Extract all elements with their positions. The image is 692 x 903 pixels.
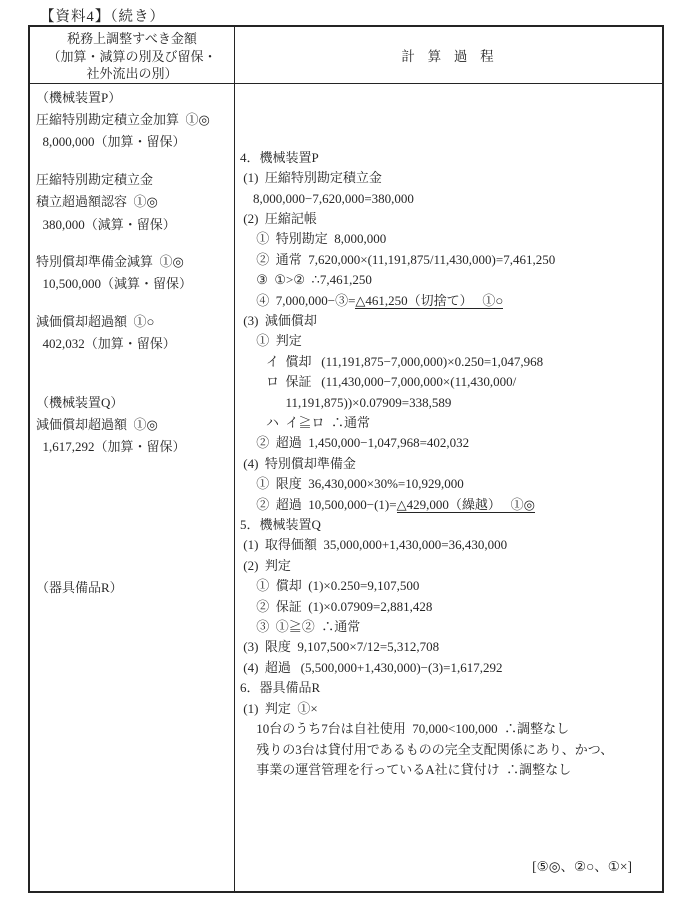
calc-line: (4) 超過 (5,500,000+1,430,000)−(3)=1,617,2… <box>240 658 660 678</box>
calc-line: ① 限度 36,430,000×30%=10,929,000 <box>240 474 660 494</box>
calc-line: 6．器具備品R <box>240 678 660 698</box>
calc-line: ② 通常 7,620,000×(11,191,875/11,430,000)=7… <box>240 250 660 270</box>
adjustment-line: 圧縮特別勘定積立金 <box>36 169 232 191</box>
calc-line: (3) 減価償却 <box>240 311 660 331</box>
adjustment-line: 380,000（減算・留保） <box>36 214 232 236</box>
calc-line: 残りの3台は貸付用であるものの完全支配関係にあり、かつ、 <box>240 740 660 760</box>
adjustment-group: 圧縮特別勘定積立金積立超過額認容 ①◎ 380,000（減算・留保） <box>36 169 232 236</box>
adjustment-line: 減価償却超過額 ①○ <box>36 311 232 333</box>
score-note: [⑤◎、②○、①×] <box>532 857 632 877</box>
adjustment-line: 減価償却超過額 ①◎ <box>36 414 232 436</box>
header-calculation-column: 計 算 過 程 <box>235 27 662 83</box>
table-header-row: 税務上調整すべき金額（加算・減算の別及び留保・社外流出の別） 計 算 過 程 <box>30 27 662 84</box>
header-line: （加算・減算の別及び留保・ <box>30 48 234 66</box>
calc-line: ③ ①>② ∴7,461,250 <box>240 270 660 290</box>
adjustment-line: （器具備品R） <box>36 577 232 599</box>
calc-line: ② 超過 1,450,000−1,047,968=402,032 <box>240 433 660 453</box>
adjustment-group: 特別償却準備金減算 ①◎ 10,500,000（減算・留保） <box>36 251 232 296</box>
calculation-header-label: 計 算 過 程 <box>401 45 495 65</box>
adjustment-line: 特別償却準備金減算 ①◎ <box>36 251 232 273</box>
adjustment-group: （機械装置P）圧縮特別勘定積立金加算 ①◎ 8,000,000（加算・留保） <box>36 87 232 154</box>
calc-line: (1) 取得価額 35,000,000+1,430,000=36,430,000 <box>240 535 660 555</box>
adjustment-line: 8,000,000（加算・留保） <box>36 131 232 153</box>
calc-line: (1) 判定 ①× <box>240 699 660 719</box>
adjustment-cell: （機械装置P）圧縮特別勘定積立金加算 ①◎ 8,000,000（加算・留保）圧縮… <box>30 84 235 892</box>
calc-line: (1) 圧縮特別勘定積立金 <box>240 168 660 188</box>
underlined-result: △461,250（切捨て） ①○ <box>355 293 503 309</box>
calc-line: ③ ①≧② ∴通常 <box>240 617 660 637</box>
calc-line: (2) 判定 <box>240 556 660 576</box>
calc-line: (3) 限度 9,107,500×7/12=5,312,708 <box>240 637 660 657</box>
adjustment-line: 1,617,292（加算・留保） <box>36 436 232 458</box>
calc-line: ① 判定 <box>240 331 660 351</box>
calc-line: イ 償却 (11,191,875−7,000,000)×0.250=1,047,… <box>240 352 660 372</box>
calc-line: 8,000,000−7,620,000=380,000 <box>240 189 660 209</box>
adjustment-table: 税務上調整すべき金額（加算・減算の別及び留保・社外流出の別） 計 算 過 程 （… <box>28 25 664 893</box>
adjustment-line: 10,500,000（減算・留保） <box>36 273 232 295</box>
adjustment-line: 圧縮特別勘定積立金加算 ①◎ <box>36 109 232 131</box>
calc-line: 5．機械装置Q <box>240 515 660 535</box>
adjustment-group: 減価償却超過額 ①○ 402,032（加算・留保） <box>36 311 232 356</box>
calc-line: ① 償却 (1)×0.250=9,107,500 <box>240 576 660 596</box>
table-body-row: （機械装置P）圧縮特別勘定積立金加算 ①◎ 8,000,000（加算・留保）圧縮… <box>30 84 662 892</box>
calc-line: ④ 7,000,000−③=△461,250（切捨て） ①○ <box>240 291 660 311</box>
header-line: 社外流出の別） <box>30 65 234 83</box>
calc-line: 10台のうち7台は自社使用 70,000<100,000 ∴調整なし <box>240 719 660 739</box>
header-line: 税務上調整すべき金額 <box>30 30 234 48</box>
calc-line: ハ イ≧ロ ∴通常 <box>240 413 660 433</box>
calc-line: 4．機械装置P <box>240 148 660 168</box>
adjustment-line: （機械装置P） <box>36 87 232 109</box>
page-title: 【資料4】（続き） <box>40 5 165 26</box>
adjustment-line: （機械装置Q） <box>36 392 232 414</box>
calc-line: ② 保証 (1)×0.07909=2,881,428 <box>240 597 660 617</box>
adjustment-line: 積立超過額認容 ①◎ <box>36 191 232 213</box>
calc-line: ロ 保証 (11,430,000−7,000,000×(11,430,000/ <box>240 372 660 392</box>
calc-line: 11,191,875))×0.07909=338,589 <box>240 393 660 413</box>
calc-line: 事業の運営管理を行っているA社に貸付け ∴調整なし <box>240 760 660 780</box>
header-adjustment-column: 税務上調整すべき金額（加算・減算の別及び留保・社外流出の別） <box>30 27 235 83</box>
underlined-result: △429,000（繰越） ①◎ <box>397 497 535 513</box>
calc-line: (4) 特別償却準備金 <box>240 454 660 474</box>
calc-line: (2) 圧縮記帳 <box>240 209 660 229</box>
adjustment-group: （機械装置Q）減価償却超過額 ①◎ 1,617,292（加算・留保） <box>36 392 232 459</box>
calculation-cell: [⑤◎、②○、①×] 4．機械装置P (1) 圧縮特別勘定積立金 8,000,0… <box>235 84 662 892</box>
calc-line: ② 超過 10,500,000−(1)=△429,000（繰越） ①◎ <box>240 495 660 515</box>
calc-line: ① 特別勘定 8,000,000 <box>240 229 660 249</box>
adjustment-group: （器具備品R） <box>36 577 232 599</box>
adjustment-line: 402,032（加算・留保） <box>36 333 232 355</box>
